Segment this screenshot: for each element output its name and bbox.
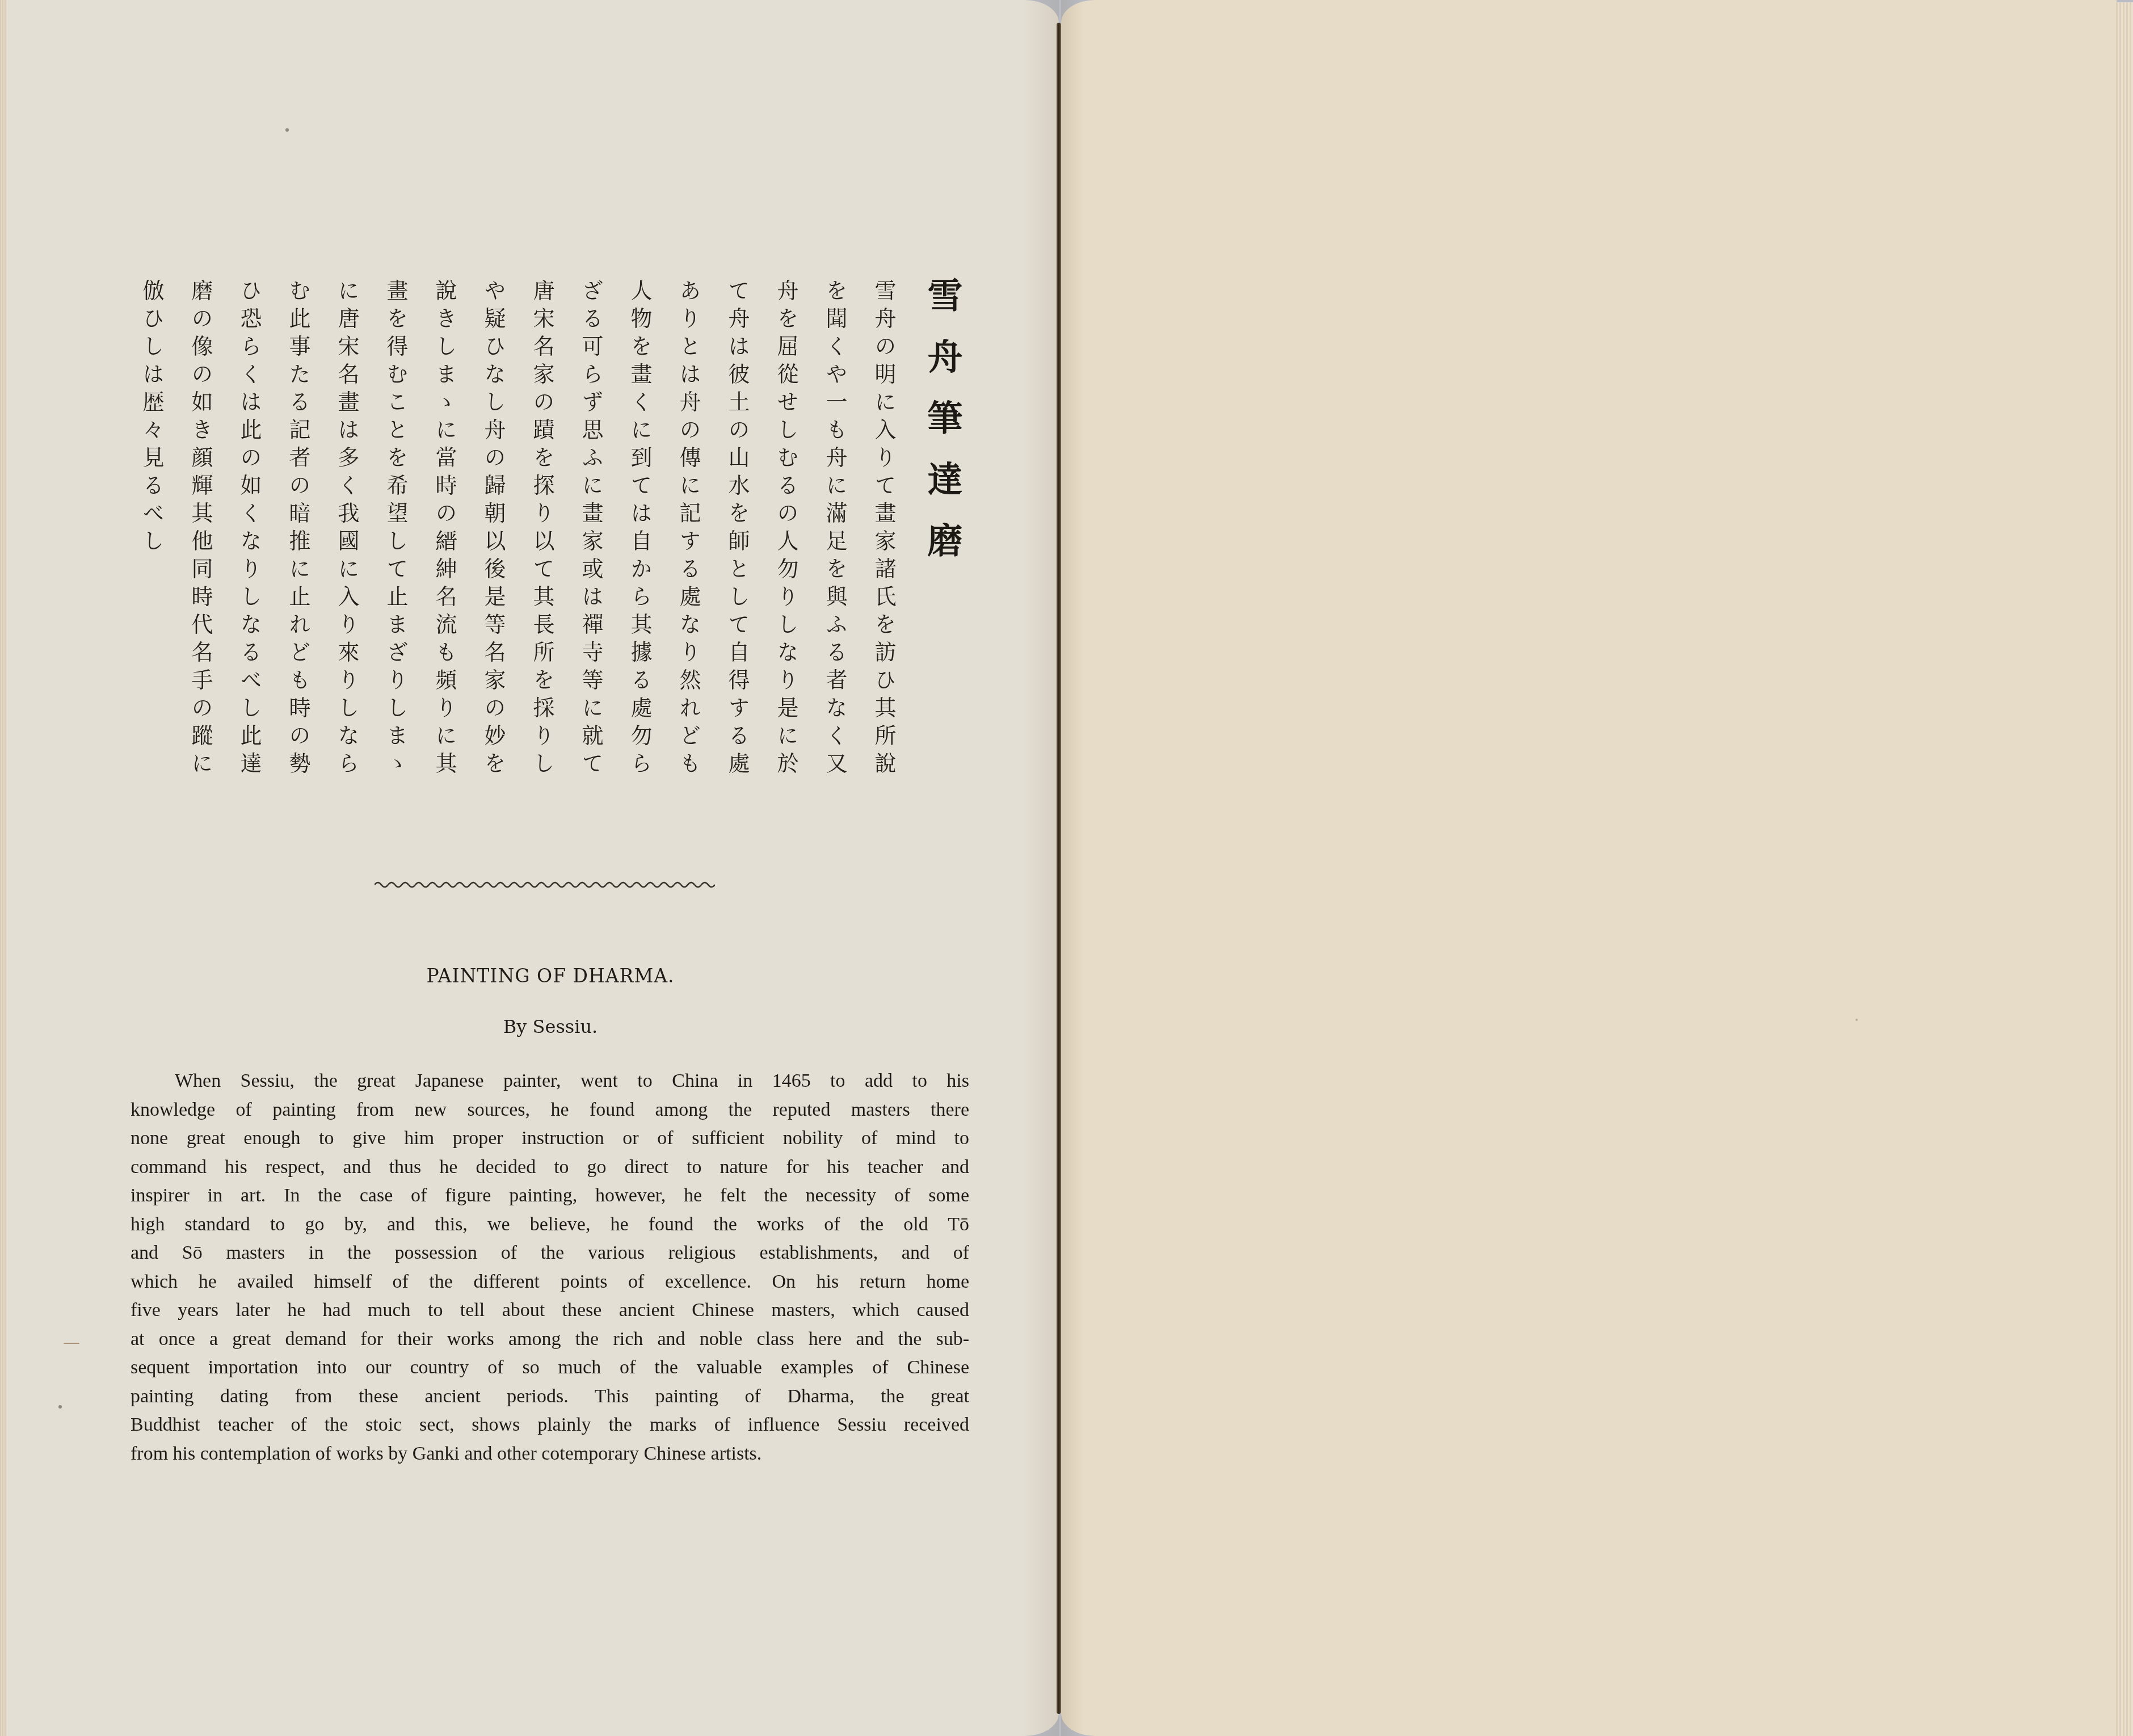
paper-speck bbox=[285, 128, 289, 132]
paragraph-line: five years later he had much to tell abo… bbox=[131, 1296, 969, 1325]
paragraph-line: When Sessiu, the great Japanese painter,… bbox=[131, 1067, 969, 1096]
japanese-column: 雪舟の明に入りて畫家諸氏を訪ひ其所說 bbox=[859, 279, 908, 824]
japanese-column: や疑ひなし舟の歸朝以後是等名家の妙を bbox=[469, 279, 518, 824]
left-page-stack-edge bbox=[0, 0, 7, 1736]
japanese-column: ありとは舟の傳に記する處なり然れども bbox=[664, 279, 713, 824]
japanese-column: に唐宋名畫は多く我國に入り來りしなら bbox=[322, 279, 371, 824]
japanese-column: 說きしまゝに當時の縉紳名流も頻りに其 bbox=[420, 279, 469, 824]
japanese-column: 人物を畫くに到ては自から其據る處勿ら bbox=[615, 279, 664, 824]
paper-speck bbox=[1856, 1019, 1858, 1021]
japanese-body: 雪舟の明に入りて畫家諸氏を訪ひ其所說 を聞くや一も舟に滿足を與ふる者なく又 舟を… bbox=[113, 279, 908, 824]
japanese-column: 唐宋名家の蹟を探り以て其長所を採りし bbox=[518, 279, 566, 824]
japanese-column: ざる可らず思ふに畫家或は禪寺等に就て bbox=[566, 279, 615, 824]
wavy-divider-rule bbox=[375, 878, 715, 891]
gutter-shadow-right bbox=[1061, 0, 1084, 1736]
paragraph-line: inspirer in art. In the case of figure p… bbox=[131, 1182, 969, 1210]
right-page-stack-edge bbox=[2116, 2, 2133, 1736]
paragraph-line: command his respect, and thus he decided… bbox=[131, 1153, 969, 1182]
paragraph-line: at once a great demand for their works a… bbox=[131, 1325, 969, 1354]
paper-speck bbox=[58, 1405, 62, 1409]
paragraph-line: which he availed himself of the differen… bbox=[131, 1268, 969, 1297]
paragraph-line: none great enough to give him proper ins… bbox=[131, 1124, 969, 1153]
paragraph-line: high standard to go by, and this, we bel… bbox=[131, 1210, 969, 1239]
english-title: PAINTING OF DHARMA. bbox=[0, 965, 1101, 987]
paragraph-line: painting dating from these ancient perio… bbox=[131, 1382, 969, 1411]
book-spread: 雪舟筆達磨 雪舟の明に入りて畫家諸氏を訪ひ其所說 を聞くや一も舟に滿足を與ふる者… bbox=[0, 0, 2133, 1736]
paragraph-line: Buddhist teacher of the stoic sect, show… bbox=[131, 1411, 969, 1440]
japanese-column: ひ恐らくは此の如くなりしなるべし此達 bbox=[225, 279, 274, 824]
paragraph-line: and Sō masters in the possession of the … bbox=[131, 1239, 969, 1268]
japanese-column: 畫を得むことを希望して止まざりしまゝ bbox=[371, 279, 420, 824]
japanese-column: 倣ひしは歴々見るべし bbox=[127, 279, 176, 824]
paper-mark bbox=[64, 1343, 79, 1344]
book-gutter bbox=[1057, 23, 1061, 1714]
japanese-column: む此事たる記者の暗推に止れども時の勢 bbox=[274, 279, 322, 824]
gutter-shadow-left bbox=[1021, 0, 1059, 1736]
paragraph-line: from his contemplation of works by Ganki… bbox=[131, 1440, 969, 1469]
english-paragraph: When Sessiu, the great Japanese painter,… bbox=[131, 1067, 969, 1468]
paragraph-line: knowledge of painting from new sources, … bbox=[131, 1096, 969, 1125]
english-byline: By Sessiu. bbox=[0, 1016, 1101, 1037]
japanese-column: を聞くや一も舟に滿足を與ふる者なく又 bbox=[810, 279, 859, 824]
japanese-column: 舟を屈從せしむるの人勿りしなり是に於 bbox=[762, 279, 810, 824]
left-page bbox=[0, 0, 1059, 1736]
right-page bbox=[1061, 0, 2117, 1736]
paragraph-line: sequent importation into our country of … bbox=[131, 1354, 969, 1382]
japanese-column: て舟は彼土の山水を師として自得する處 bbox=[713, 279, 762, 824]
japanese-title: 雪舟筆達磨 bbox=[922, 277, 962, 583]
japanese-column: 磨の像の如き顔輝其他同時代名手の蹤に bbox=[176, 279, 225, 824]
